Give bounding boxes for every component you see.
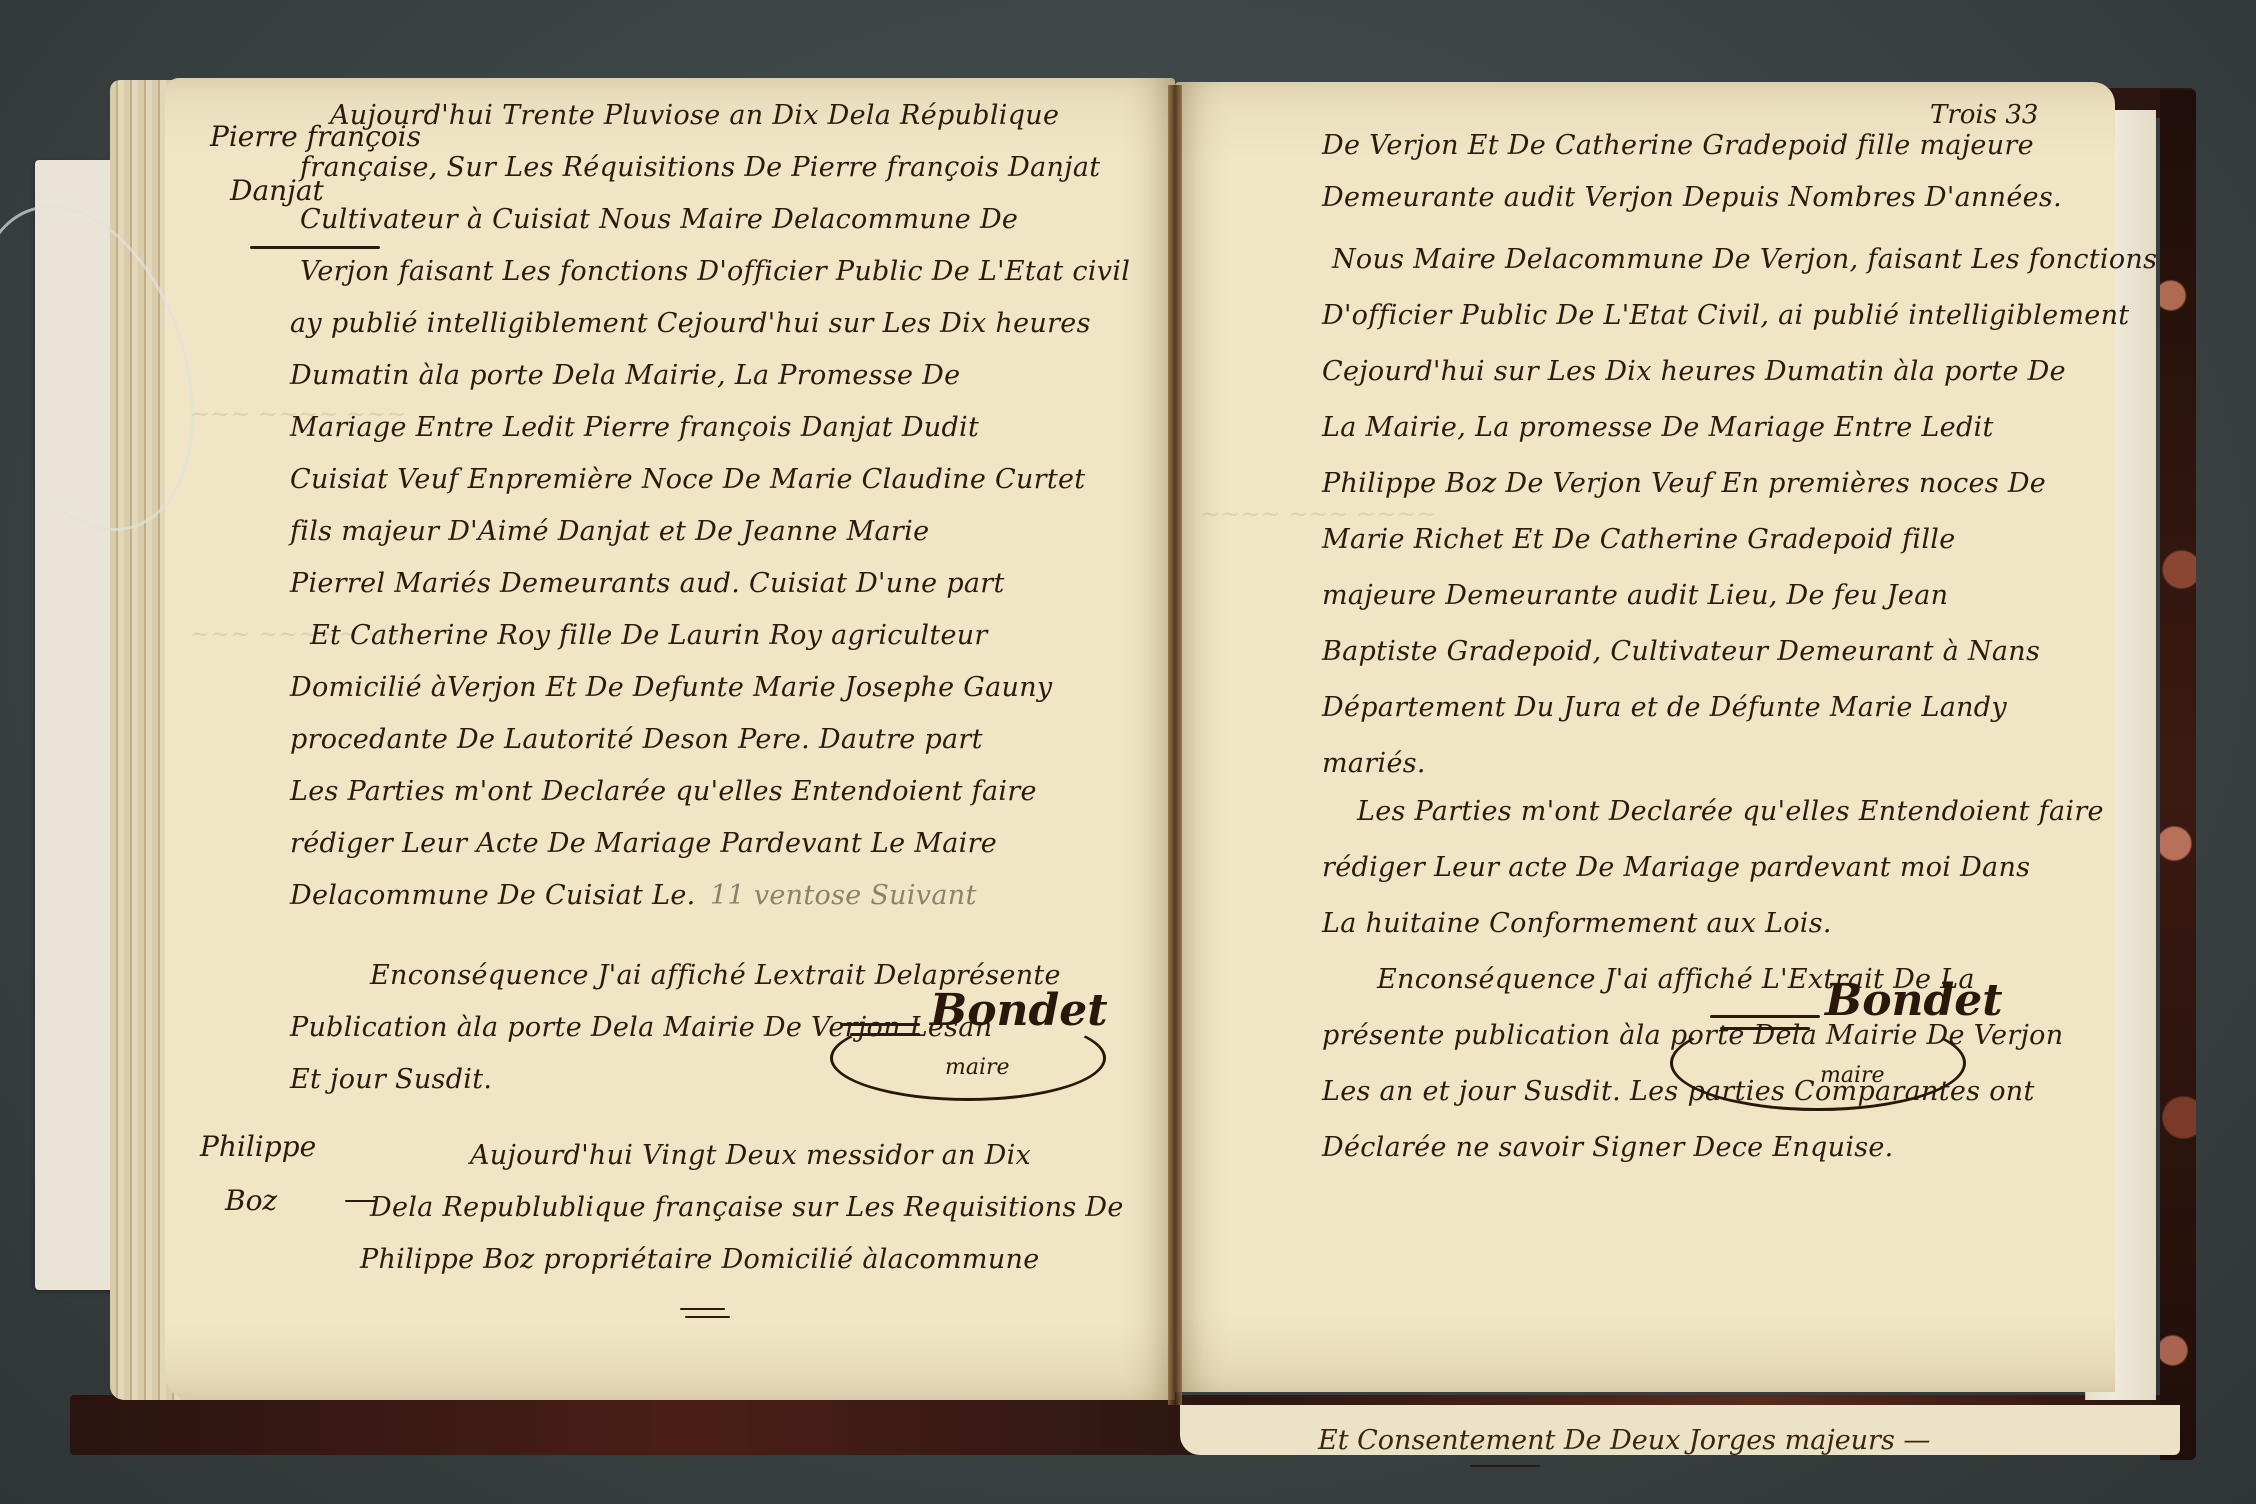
text-line: Les Parties m'ont Declarée qu'elles Ente…: [290, 776, 1037, 807]
text-line: Delacommune De Cuisiat Le.: [290, 880, 695, 911]
text-line: procedante De Lautorité Deson Pere. Daut…: [290, 724, 983, 755]
margin-name-line: Boz: [200, 1174, 316, 1228]
text-line: Dela Republublique française sur Les Req…: [370, 1192, 1124, 1223]
text-line: D'officier Public De L'Etat Civil, ai pu…: [1322, 300, 2129, 331]
interlinear-faint-note: 11 ventose Suivant: [710, 880, 977, 911]
marbled-cover-edge: [2160, 90, 2196, 1460]
bottom-continuation-note: Et Consentement De Deux Jorges majeurs —: [1318, 1425, 1930, 1456]
text-line: Département Du Jura et de Défunte Marie …: [1322, 692, 2007, 723]
text-line: française, Sur Les Réquisitions De Pierr…: [300, 152, 1100, 183]
text-line: Baptiste Gradepoid, Cultivateur Demeuran…: [1322, 636, 2040, 667]
signature-flourish: [1670, 1015, 1966, 1111]
text-line: Philippe Boz propriétaire Domicilié àlac…: [360, 1244, 1040, 1275]
text-line: Cultivateur à Cuisiat Nous Maire Delacom…: [300, 204, 1018, 235]
right-page: [1175, 82, 2115, 1392]
signature-title: maire: [1820, 1063, 1885, 1088]
margin-name-entry-2: Philippe Boz: [200, 1120, 316, 1228]
margin-rule: [250, 246, 380, 249]
book-gutter: [1168, 85, 1182, 1405]
text-line: Les Parties m'ont Declarée qu'elles Ente…: [1357, 796, 2104, 827]
text-line: La huitaine Conformement aux Lois.: [1322, 908, 1832, 939]
text-line: Déclarée ne savoir Signer Dece Enquise.: [1322, 1132, 1894, 1163]
text-line: Marie Richet Et De Catherine Gradepoid f…: [1322, 524, 1956, 555]
text-line: Et jour Susdit.: [290, 1064, 492, 1095]
text-line: mariés.: [1322, 748, 1426, 779]
text-line: De Verjon Et De Catherine Gradepoid fill…: [1322, 130, 2034, 161]
text-line: Philippe Boz De Verjon Veuf En premières…: [1322, 468, 2046, 499]
text-line: Dumatin àla porte Dela Mairie, La Promes…: [290, 360, 960, 391]
end-rule: [1470, 1465, 1540, 1467]
text-line: Domicilié àVerjon Et De Defunte Marie Jo…: [290, 672, 1052, 703]
text-line: rédiger Leur acte De Mariage pardevant m…: [1322, 852, 2030, 883]
text-line: Nous Maire Delacommune De Verjon, faisan…: [1332, 244, 2157, 275]
margin-name-line: Philippe: [200, 1120, 316, 1174]
text-line: majeure Demeurante audit Lieu, De feu Je…: [1322, 580, 1948, 611]
text-line: Et Catherine Roy fille De Laurin Roy agr…: [310, 620, 988, 651]
text-line: La Mairie, La promesse De Mariage Entre …: [1322, 412, 1994, 443]
text-line: rédiger Leur Acte De Mariage Pardevant L…: [290, 828, 997, 859]
text-line: Mariage Entre Ledit Pierre françois Danj…: [290, 412, 979, 443]
text-line: Pierrel Mariés Demeurants aud. Cuisiat D…: [290, 568, 1005, 599]
text-line: Aujourd'hui Trente Pluviose an Dix Dela …: [330, 100, 1059, 131]
text-line: Cejourd'hui sur Les Dix heures Dumatin à…: [1322, 356, 2066, 387]
text-line: Demeurante audit Verjon Depuis Nombres D…: [1322, 182, 2062, 213]
text-line: Verjon faisant Les fonctions D'officier …: [300, 256, 1130, 287]
end-rule: [680, 1308, 725, 1310]
text-line: ay publié intelligiblement Cejourd'hui s…: [290, 308, 1091, 339]
end-rule: [685, 1316, 730, 1318]
folio-number: Trois 33: [1930, 100, 2038, 130]
text-line: Aujourd'hui Vingt Deux messidor an Dix: [470, 1140, 1031, 1171]
text-line: fils majeur D'Aimé Danjat et De Jeanne M…: [290, 516, 929, 547]
signature-title: maire: [945, 1055, 1010, 1080]
text-line: Cuisiat Veuf Enpremière Noce De Marie Cl…: [290, 464, 1085, 495]
